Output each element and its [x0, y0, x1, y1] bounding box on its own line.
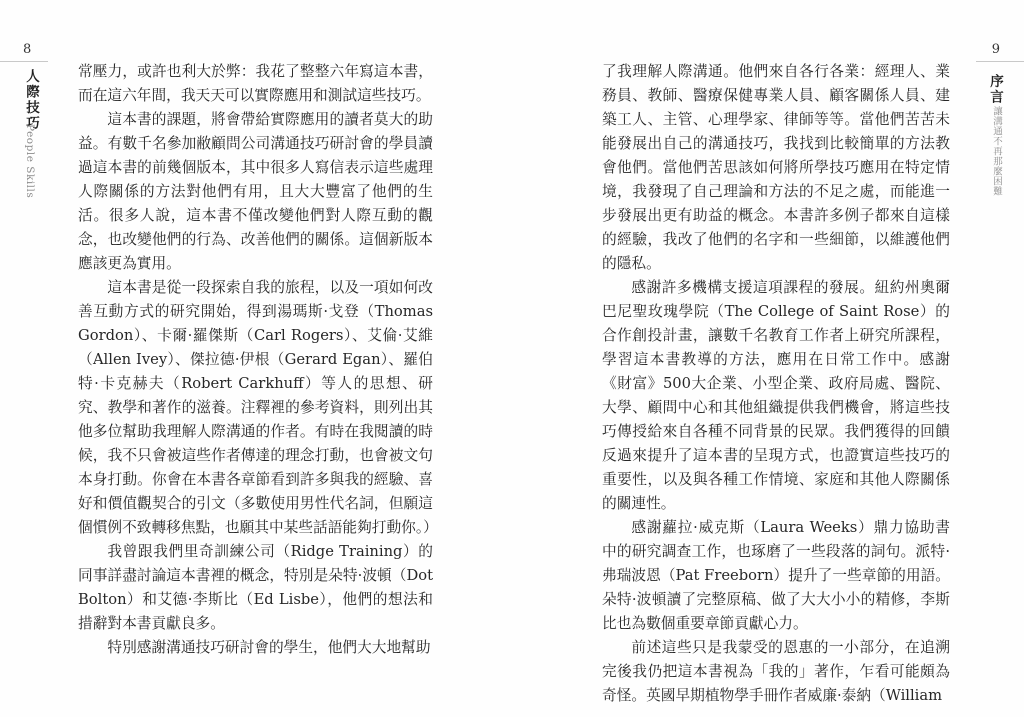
right-margin-title: 序言	[985, 74, 1005, 105]
left-header-rule	[0, 61, 48, 62]
right-header-rule	[976, 61, 1024, 62]
paragraph: 了我理解人際溝通。他們來自各行各業：經理人、業務員、教師、醫療保健專業人員、顧客…	[602, 60, 950, 276]
paragraph: 前述這些只是我蒙受的恩惠的一小部分，在追溯完後我仍把這本書視為「我的」著作，乍看…	[602, 636, 950, 708]
paragraph: 常壓力，或許也利大於弊：我花了整整六年寫這本書，而在這六年間，我天天可以實際應用…	[78, 60, 433, 108]
right-page-text-column: 了我理解人際溝通。他們來自各行各業：經理人、業務員、教師、醫療保健專業人員、顧客…	[602, 60, 950, 708]
left-page-text-column: 常壓力，或許也利大於弊：我花了整整六年寫這本書，而在這六年間，我天天可以實際應用…	[78, 60, 433, 660]
paragraph: 這本書是從一段探索自我的旅程，以及一項如何改善互動方式的研究開始，得到湯瑪斯·戈…	[78, 276, 433, 540]
right-page-number: 9	[992, 42, 1000, 57]
left-margin-title: 人際技巧	[21, 69, 41, 131]
right-margin-subtitle: 讓溝通不再那麼困難	[989, 106, 1003, 196]
paragraph: 我曾跟我們里奇訓練公司（Ridge Training）的同事詳盡討論這本書裡的概…	[78, 540, 433, 636]
book-spread: 8 人際技巧 People Skills 9 序言 讓溝通不再那麼困難 常壓力，…	[0, 0, 1024, 717]
left-page-number: 8	[23, 42, 31, 57]
paragraph: 這本書的課題，將會帶給實際應用的讀者莫大的助益。有數千名參加敝顧問公司溝通技巧研…	[78, 108, 433, 276]
paragraph: 感謝許多機構支援這項課程的發展。紐約州奧爾巴尼聖玫瑰學院（The College…	[602, 276, 950, 516]
paragraph: 感謝蘿拉·威克斯（Laura Weeks）鼎力協助書中的研究調查工作，也琢磨了一…	[602, 516, 950, 636]
left-margin-subtitle: People Skills	[24, 124, 36, 198]
paragraph: 特別感謝溝通技巧研討會的學生，他們大大地幫助	[78, 636, 433, 660]
